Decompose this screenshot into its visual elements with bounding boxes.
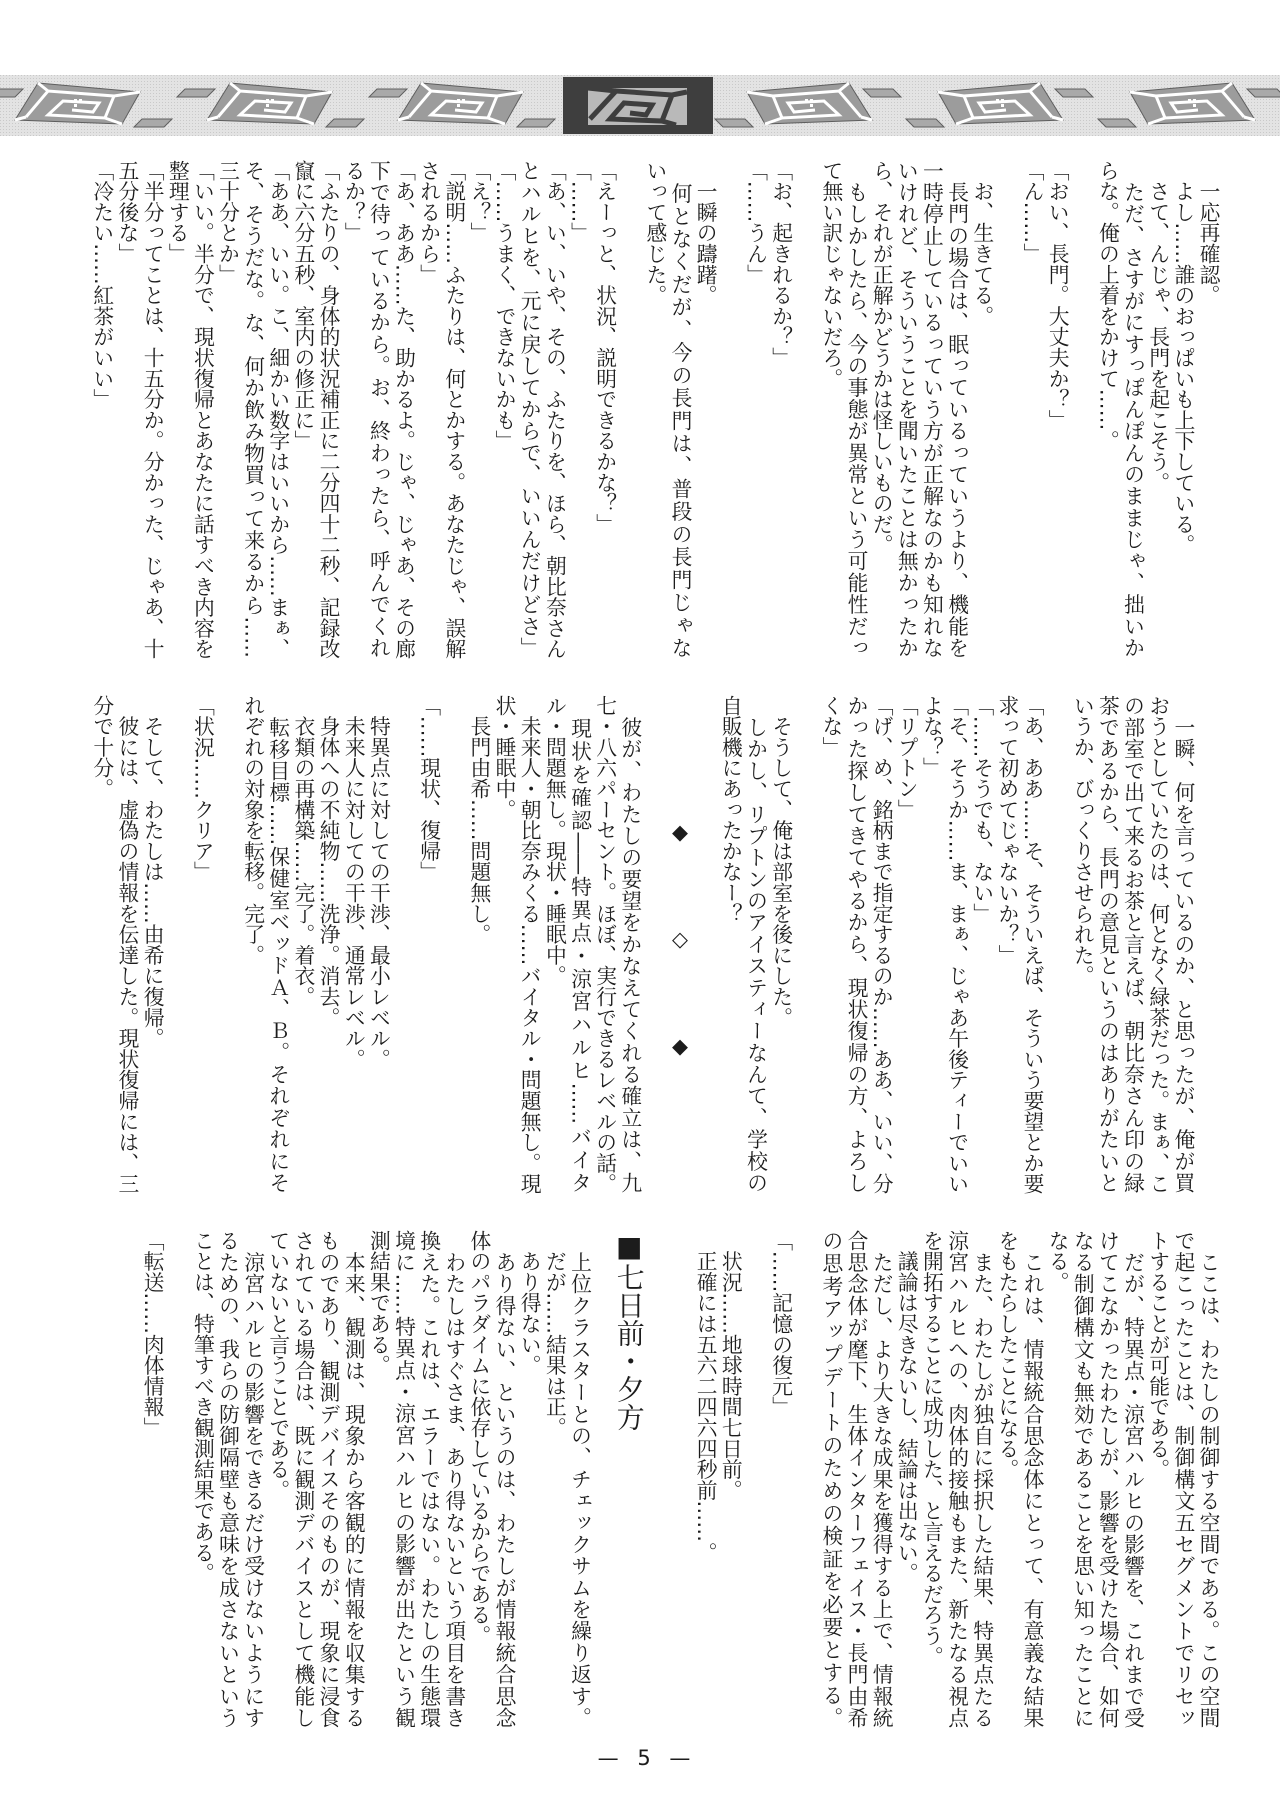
text-line: もしかしたら、今の事態が異常という可能性だっ bbox=[843, 160, 868, 658]
text-line: ただ、さすがにすっぽんぽんのままじゃ、拙いか bbox=[1119, 160, 1144, 658]
rose-emblem-icon bbox=[563, 77, 713, 134]
section-break: ◆ ◇ ◆ bbox=[667, 695, 692, 1193]
text-line: 境に……特異点・涼宮ハルヒの影響が出たという観 bbox=[390, 1230, 415, 1728]
text-line: て無い訳じゃないだろ。 bbox=[818, 160, 843, 658]
text-line: を開拓することに成功した、と言えるだろう。 bbox=[918, 1230, 943, 1728]
text-line: くな」 bbox=[818, 695, 843, 1193]
text-line: 「リプトン」 bbox=[893, 695, 918, 1193]
text-line: 涼宮ハルヒの影響をできるだけ受けないようにす bbox=[240, 1230, 265, 1728]
text-line: いうか、びっくりさせられた。 bbox=[1069, 695, 1094, 1193]
text-line: 「転送……肉体情報」 bbox=[139, 1230, 164, 1728]
text-line: 一瞬、何を言っているのか、と思ったが、俺が買 bbox=[1170, 695, 1195, 1193]
text-line: 三十分とか」 bbox=[214, 160, 239, 658]
text-line: よし……誰のおっぱいも上下している。 bbox=[1170, 160, 1195, 658]
text-line: 未来人に対しての干渉、通常レベル。 bbox=[340, 695, 365, 1193]
text-line: なる制御構文も無効であることを思い知ったことに bbox=[1069, 1230, 1094, 1728]
text-line: なる。 bbox=[1044, 1230, 1069, 1728]
text-line: 一瞬の躊躇。 bbox=[692, 160, 717, 658]
blank-line bbox=[164, 1230, 189, 1728]
text-line: 何となくだが、今の長門は、普段の長門じゃな bbox=[667, 160, 692, 658]
text-line: 体のパラダイムに依存しているからである。 bbox=[466, 1230, 491, 1728]
text-tier-middle: 一瞬、何を言っているのか、と思ったが、俺が買おうとしていたのは、何となく緑茶だっ… bbox=[89, 695, 1220, 1193]
text-line: しかし、リプトンのアイスティーなんて、学校の bbox=[742, 695, 767, 1193]
text-line: 「……」 bbox=[566, 160, 591, 658]
blank-line bbox=[617, 160, 642, 658]
blank-line bbox=[1044, 695, 1069, 1193]
text-line: ここは、わたしの制御する空間である。この空間 bbox=[1195, 1230, 1220, 1728]
text-line: をもたらしたことになる。 bbox=[994, 1230, 1019, 1728]
text-line: そ、そうだな。な、何か飲み物買って来るから…… bbox=[240, 160, 265, 658]
text-line: 「半分ってことは、十五分か。分かった、じゃあ、十 bbox=[139, 160, 164, 658]
blank-line bbox=[994, 160, 1019, 658]
blank-line bbox=[793, 1230, 818, 1728]
text-line: れぞれの対象を転移。完了。 bbox=[240, 695, 265, 1193]
text-line: 状況……地球時間七日前。 bbox=[717, 1230, 742, 1728]
text-line: 合思念体が麾下、生体インターフェイス・長門由希 bbox=[843, 1230, 868, 1728]
text-line: 「……うまく、できないかも」 bbox=[491, 160, 516, 658]
text-line: ル・問題無し。現状・睡眠中。 bbox=[541, 695, 566, 1193]
text-line: とハルヒを、元に戻してからで、いいんだけどさ」 bbox=[516, 160, 541, 658]
text-line: 「えーっと、状況、説明できるかな？」 bbox=[591, 160, 616, 658]
text-line: 五分後な」 bbox=[114, 160, 139, 658]
text-line: けてこなかったわたしが、影響を受けた場合、如何 bbox=[1094, 1230, 1119, 1728]
blank-line bbox=[1195, 695, 1220, 1193]
text-line: あり得ない。 bbox=[516, 1230, 541, 1728]
text-line: いって感じた。 bbox=[642, 160, 667, 658]
blank-line bbox=[742, 1230, 767, 1728]
text-line: ものであり、観測デバイスそのものが、現象に浸食 bbox=[315, 1230, 340, 1728]
text-line: 「あ、ああ……そ、そういえば、そういう要望とか要 bbox=[1019, 695, 1044, 1193]
text-line: 長門の場合は、眠っているっていうより、機能を bbox=[943, 160, 968, 658]
blank-line bbox=[390, 695, 415, 1193]
blank-line bbox=[214, 695, 239, 1193]
text-line: 彼には、虚偽の情報を伝達した。現状復帰には、三 bbox=[114, 695, 139, 1193]
text-line: 正確には五六二四六四秒前……。 bbox=[692, 1230, 717, 1728]
blank-line bbox=[164, 695, 189, 1193]
text-line: だが、特異点・涼宮ハルヒの影響を、これまで受 bbox=[1119, 1230, 1144, 1728]
text-line: 茶であるから、長門の意見というのはありがたいと bbox=[1094, 695, 1119, 1193]
blank-line bbox=[793, 695, 818, 1193]
text-line: 議論は尽きないし、結論は出ない。 bbox=[893, 1230, 918, 1728]
text-line: 「……うん」 bbox=[742, 160, 767, 658]
text-line: わたしはすぐさま、あり得ないという項目を書き bbox=[441, 1230, 466, 1728]
text-line: トすることが可能である。 bbox=[1145, 1230, 1170, 1728]
text-line: 自販機にあったかなー？ bbox=[717, 695, 742, 1193]
text-line: 現状を確認――特異点・涼宮ハルヒ……バイタ bbox=[566, 695, 591, 1193]
text-line: あり得ない、というのは、わたしが情報統合思念 bbox=[491, 1230, 516, 1728]
text-line: ら、それが正解かどうかは怪しいものだ。 bbox=[868, 160, 893, 658]
text-line: これは、情報統合思念体にとって、有意義な結果 bbox=[1019, 1230, 1044, 1728]
text-line: ただし、より大きな成果を獲得する上で、情報統 bbox=[868, 1230, 893, 1728]
text-line: 「ああ、いい。こ、細かい数字はいいから……まぁ、 bbox=[265, 160, 290, 658]
text-line: 転移目標……保健室ベッドＡ、Ｂ。それぞれにそ bbox=[265, 695, 290, 1193]
text-line: 衣類の再構築……完了。着衣。 bbox=[290, 695, 315, 1193]
text-line: ていないと言うことである。 bbox=[265, 1230, 290, 1728]
text-line: そして、わたしは……由希に復帰。 bbox=[139, 695, 164, 1193]
text-line: 分で十分。 bbox=[89, 695, 114, 1193]
blank-line bbox=[793, 160, 818, 658]
text-line: よな？」 bbox=[918, 695, 943, 1193]
text-line: るための、我らの防御隔壁も意味を成さないという bbox=[214, 1230, 239, 1728]
text-line: 「ふたりの、身体的状況補正に二分四十二秒、記録改 bbox=[315, 160, 340, 658]
header-ornament-band bbox=[0, 75, 1280, 136]
text-line: 本来、観測は、現象から客観的に情報を収集する bbox=[340, 1230, 365, 1728]
text-line: 「え？」 bbox=[466, 160, 491, 658]
blank-line bbox=[667, 1230, 692, 1728]
text-line: だが……結果は正。 bbox=[541, 1230, 566, 1728]
text-line: いけれど、そういうことを聞いたことは無かったか bbox=[893, 160, 918, 658]
text-line: 「お、起きれるか？」 bbox=[767, 160, 792, 658]
blank-line bbox=[642, 695, 667, 1193]
text-line: 求って初めてじゃないか？」 bbox=[994, 695, 1019, 1193]
text-line: ことは、特筆すべき観測結果である。 bbox=[189, 1230, 214, 1728]
blank-line bbox=[1069, 160, 1094, 658]
text-line: さて、んじゃ、長門を起こそう。 bbox=[1145, 160, 1170, 658]
text-line: 「あ、い、いや、その、ふたりを、ほら、朝比奈さん bbox=[541, 160, 566, 658]
text-line: 「状況……クリア」 bbox=[189, 695, 214, 1193]
page-number: — 5 — bbox=[544, 1745, 744, 1771]
text-line: おうとしていたのは、何となく緑茶だった。まぁ、こ bbox=[1145, 695, 1170, 1193]
text-line: 上位クラスターとの、チェックサムを繰り返す。 bbox=[566, 1230, 591, 1728]
text-line: 長門由希……問題無し。 bbox=[466, 695, 491, 1193]
text-line: 「冷たい……紅茶がいい」 bbox=[89, 160, 114, 658]
text-line: 整理する」 bbox=[164, 160, 189, 658]
text-line: 「げ、め、銘柄まで指定するのか……ああ、いい、分 bbox=[868, 695, 893, 1193]
text-line: 竄に六分五秒、室内の修正に」 bbox=[290, 160, 315, 658]
text-line: の部室で出て来るお茶と言えば、朝比奈さん印の緑 bbox=[1119, 695, 1144, 1193]
text-line: 「……記憶の復元」 bbox=[767, 1230, 792, 1728]
text-line: らな。俺の上着をかけて……。 bbox=[1094, 160, 1119, 658]
text-line: されるから」 bbox=[416, 160, 441, 658]
blank-line bbox=[441, 695, 466, 1193]
ornament-half-right bbox=[715, 83, 1280, 127]
text-line: 一時停止しているっていう方が正解なのかも知れな bbox=[918, 160, 943, 658]
text-line: 「おい、長門。大丈夫か？」 bbox=[1044, 160, 1069, 658]
blank-line bbox=[692, 695, 717, 1193]
text-line: 「あ、ああ……た、助かるよ。じゃ、じゃあ、その廊 bbox=[390, 160, 415, 658]
text-line: るか？」 bbox=[340, 160, 365, 658]
text-line: 「……そうでも、ない」 bbox=[969, 695, 994, 1193]
text-line: かった探してきてやるから、現状復帰の方、よろし bbox=[843, 695, 868, 1193]
ornament-half-left bbox=[0, 83, 555, 127]
text-line: 未来人・朝比奈みくる……バイタル・問題無し。現 bbox=[516, 695, 541, 1193]
text-line: されている場合は、既に観測デバイスとして機能し bbox=[290, 1230, 315, 1728]
text-line: 「ん……」 bbox=[1019, 160, 1044, 658]
text-line: お、生きてる。 bbox=[969, 160, 994, 658]
text-line: で起こったことは、制御構文五セグメントでリセッ bbox=[1170, 1230, 1195, 1728]
section-heading: ■七日前・夕方 bbox=[617, 1230, 642, 1728]
text-line: 七・八六パーセント。ほぼ、実行できるレベルの話。 bbox=[591, 695, 616, 1193]
text-line: そうして、俺は部室を後にした。 bbox=[767, 695, 792, 1193]
text-line: 状・睡眠中。 bbox=[491, 695, 516, 1193]
text-line: 「……現状、復帰」 bbox=[416, 695, 441, 1193]
text-tier-lower: ここは、わたしの制御する空間である。この空間で起こったことは、制御構文五セグメン… bbox=[139, 1230, 1220, 1728]
text-line: 換えた。これは、エラーではない。わたしの生態環 bbox=[416, 1230, 441, 1728]
text-line: の思考アップデートのための検証を必要とする。 bbox=[818, 1230, 843, 1728]
text-tier-upper: 一応再確認。 よし……誰のおっぱいも上下している。 さて、んじゃ、長門を起こそう… bbox=[89, 160, 1220, 658]
text-line: 「そ、そうか……ま、まぁ、じゃあ午後ティーでいい bbox=[943, 695, 968, 1193]
blank-line bbox=[717, 160, 742, 658]
text-line: 特異点に対しての干渉、最小レベル。 bbox=[365, 695, 390, 1193]
text-line: 「説明……ふたりは、何とかする。あなたじゃ、誤解 bbox=[441, 160, 466, 658]
text-line: 測結果である。 bbox=[365, 1230, 390, 1728]
text-line: 下で待っているから。お、終わったら、呼んでくれ bbox=[365, 160, 390, 658]
text-line: 涼宮ハルヒへの、肉体的接触もまた、新たなる視点 bbox=[943, 1230, 968, 1728]
text-line: 一応再確認。 bbox=[1195, 160, 1220, 658]
text-line: 「いい。半分で、現状復帰とあなたに話すべき内容を bbox=[189, 160, 214, 658]
text-line: 身体への不純物……洗浄。消去。 bbox=[315, 695, 340, 1193]
document-page: 一応再確認。 よし……誰のおっぱいも上下している。 さて、んじゃ、長門を起こそう… bbox=[0, 0, 1280, 1817]
text-line: 彼が、わたしの要望をかなえてくれる確立は、九 bbox=[617, 695, 642, 1193]
text-line: また、わたしが独自に採択した結果、特異点たる bbox=[969, 1230, 994, 1728]
